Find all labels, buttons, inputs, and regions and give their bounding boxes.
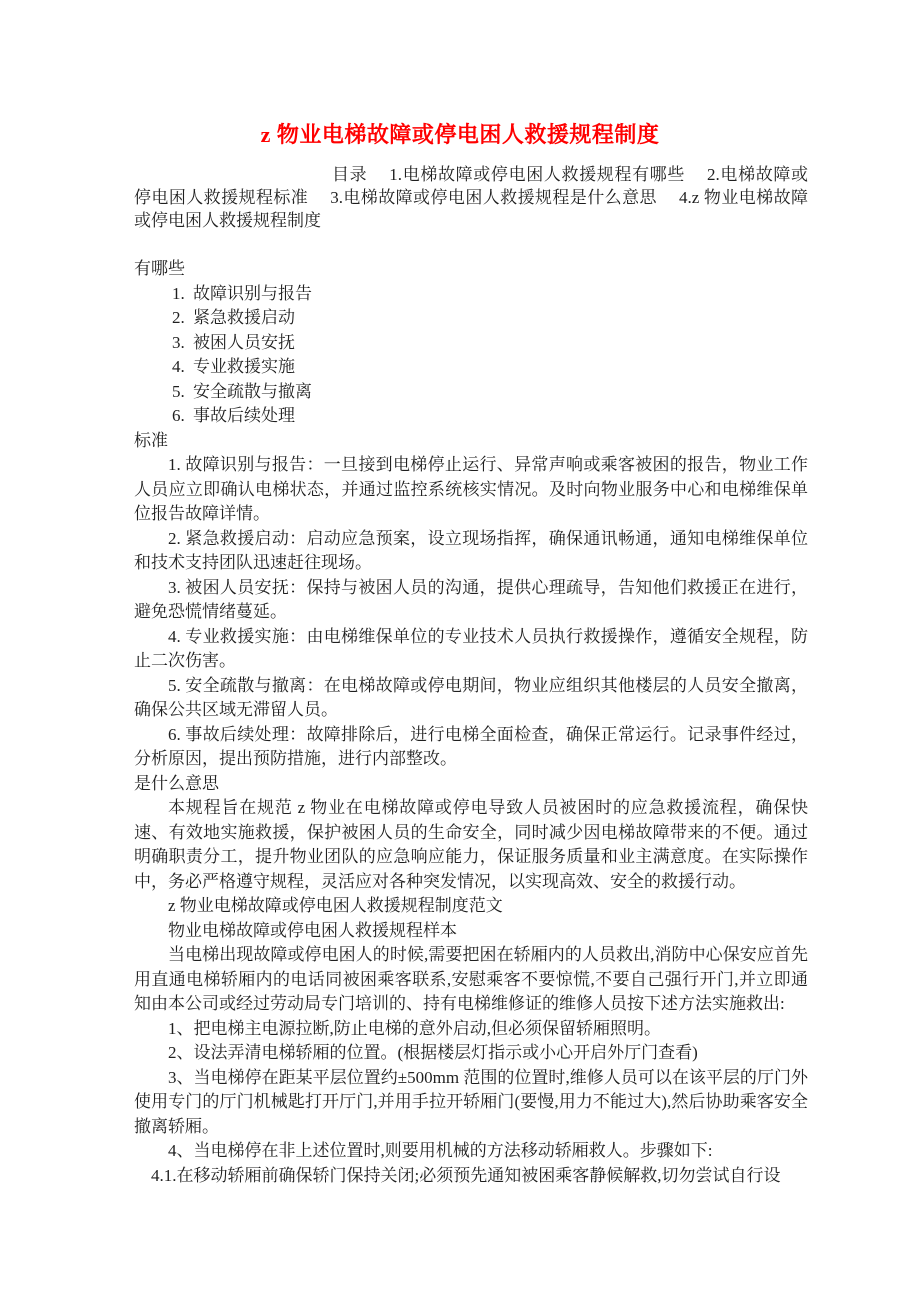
outline-list: 1.故障识别与报告 2.紧急救援启动 3.被困人员安抚 4.专业救援实施 5.安… — [134, 282, 808, 429]
toc-label: 目录 — [332, 165, 367, 184]
outline-item-number: 1. — [172, 282, 193, 307]
sample-substep: 4.1.在移动轿厢前确保轿门保持关闭;必须预先通知被困乘客静候解救,切勿尝试自行… — [134, 1164, 808, 1189]
document-page: z 物业电梯故障或停电困人救援规程制度 目录1.电梯故障或停电困人救援规程有哪些… — [0, 0, 920, 1302]
sample-intro-paragraph: 当电梯出现故障或停电困人的时候,需要把困在轿厢内的人员救出,消防中心保安应首先用… — [134, 943, 808, 1017]
standards-paragraph-1: 1. 故障识别与报告：一旦接到电梯停止运行、异常声响或乘客被困的报告，物业工作人… — [134, 453, 808, 527]
outline-item-text: 安全疏散与撤离 — [193, 382, 312, 401]
outline-item: 5.安全疏散与撤离 — [134, 380, 808, 405]
outline-item-number: 4. — [172, 355, 193, 380]
standards-paragraph-4: 4. 专业救援实施：由电梯维保单位的专业技术人员执行救援操作，遵循安全规程，防止… — [134, 625, 808, 674]
outline-item: 3.被困人员安抚 — [134, 331, 808, 356]
outline-item-number: 3. — [172, 331, 193, 356]
outline-item-text: 紧急救援启动 — [193, 308, 295, 327]
section-heading-meaning: 是什么意思 — [134, 772, 808, 797]
outline-item-text: 专业救援实施 — [193, 357, 295, 376]
toc-item: 3.电梯故障或停电困人救援规程是什么意思 — [330, 188, 657, 207]
outline-item-number: 2. — [172, 306, 193, 331]
outline-item: 1.故障识别与报告 — [134, 282, 808, 307]
standards-paragraph-2: 2. 紧急救援启动：启动应急预案，设立现场指挥，确保通讯畅通，通知电梯维保单位和… — [134, 527, 808, 576]
sample-step-3: 3、当电梯停在距某平层位置约±500mm 范围的位置时,维修人员可以在该平层的厅… — [134, 1066, 808, 1140]
outline-item: 4.专业救援实施 — [134, 355, 808, 380]
sample-step-1: 1、把电梯主电源拉断,防止电梯的意外启动,但必须保留轿厢照明。 — [134, 1017, 808, 1042]
section-heading-outline: 有哪些 — [134, 257, 808, 282]
standards-paragraph-5: 5. 安全疏散与撤离：在电梯故障或停电期间，物业应组织其他楼层的人员安全撤离，确… — [134, 674, 808, 723]
toc-paragraph: 目录1.电梯故障或停电困人救援规程有哪些2.电梯故障或停电困人救援规程标准3.电… — [134, 163, 808, 232]
sample-subtitle-2: 物业电梯故障或停电困人救援规程样本 — [134, 919, 808, 944]
sample-step-2: 2、设法弄清电梯轿厢的位置。(根据楼层灯指示或小心开启外厅门查看) — [134, 1041, 808, 1066]
outline-item-number: 6. — [172, 404, 193, 429]
document-title: z 物业电梯故障或停电困人救援规程制度 — [0, 0, 920, 150]
outline-item-text: 故障识别与报告 — [193, 284, 312, 303]
sample-step-4: 4、当电梯停在非上述位置时,则要用机械的方法移动轿厢救人。步骤如下: — [134, 1139, 808, 1164]
standards-paragraph-3: 3. 被困人员安抚：保持与被困人员的沟通，提供心理疏导，告知他们救援正在进行，避… — [134, 576, 808, 625]
outline-item-text: 事故后续处理 — [193, 406, 295, 425]
sample-subtitle-1: z 物业电梯故障或停电困人救援规程制度范文 — [134, 894, 808, 919]
standards-paragraph-6: 6. 事故后续处理：故障排除后，进行电梯全面检查，确保正常运行。记录事件经过，分… — [134, 723, 808, 772]
document-body: 目录1.电梯故障或停电困人救援规程有哪些2.电梯故障或停电困人救援规程标准3.电… — [134, 163, 808, 1188]
outline-item: 2.紧急救援启动 — [134, 306, 808, 331]
meaning-paragraph: 本规程旨在规范 z 物业在电梯故障或停电导致人员被困时的应急救援流程，确保快速、… — [134, 796, 808, 894]
toc-item: 1.电梯故障或停电困人救援规程有哪些 — [389, 165, 685, 184]
outline-item-text: 被困人员安抚 — [193, 333, 295, 352]
outline-item: 6.事故后续处理 — [134, 404, 808, 429]
blank-line — [134, 232, 808, 257]
section-heading-standards: 标准 — [134, 429, 808, 454]
outline-item-number: 5. — [172, 380, 193, 405]
